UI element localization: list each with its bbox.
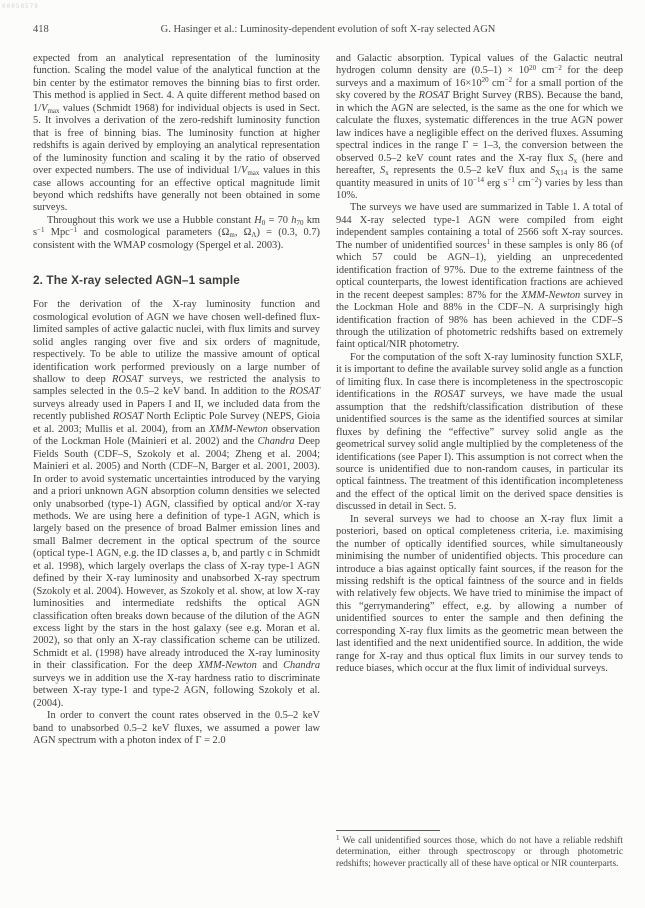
page-header: 418 G. Hasinger et al.: Luminosity-depen… (33, 24, 623, 35)
paragraph: expected from an analytical representati… (33, 53, 320, 215)
paper-page: 00058579 418 G. Hasinger et al.: Luminos… (0, 0, 645, 908)
footnote: 1 We call unidentified sources those, wh… (336, 830, 623, 870)
paragraph: The surveys we have used are summarized … (336, 202, 623, 351)
footnote-rule (336, 830, 440, 831)
left-column: expected from an analytical representati… (33, 53, 320, 892)
page-number: 418 (33, 24, 49, 35)
footnote-text: 1 We call unidentified sources those, wh… (336, 836, 623, 870)
two-column-body: expected from an analytical representati… (33, 53, 623, 892)
paragraph: For the derivation of the X-ray luminosi… (33, 299, 320, 710)
scan-watermark: 00058579 (2, 3, 39, 10)
section-heading: 2. The X-ray selected AGN–1 sample (33, 273, 320, 287)
paragraph: and Galactic absorption. Typical values … (336, 53, 623, 202)
paragraph: Throughout this work we use a Hubble con… (33, 215, 320, 252)
paragraph: In several surveys we had to choose an X… (336, 514, 623, 676)
running-title: G. Hasinger et al.: Luminosity-dependent… (33, 24, 623, 35)
paragraph: For the computation of the soft X-ray lu… (336, 352, 623, 514)
right-column: and Galactic absorption. Typical values … (336, 53, 623, 892)
paragraph: In order to convert the count rates obse… (33, 710, 320, 747)
